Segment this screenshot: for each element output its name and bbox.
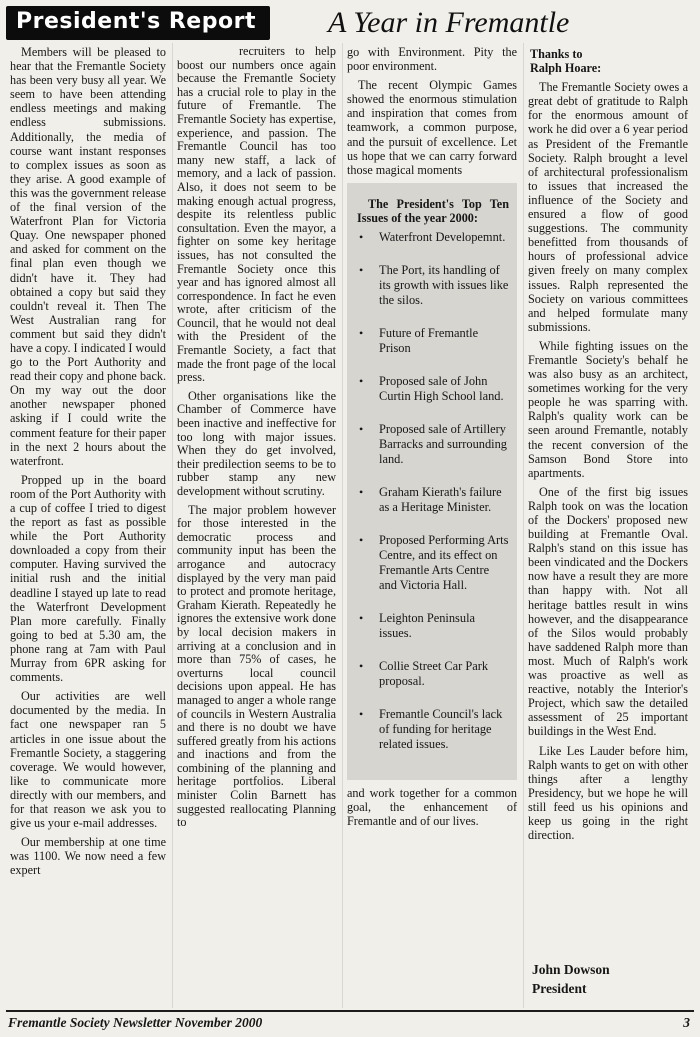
paragraph: Our membership at one time was 1100. We … (10, 835, 166, 877)
top-ten-list: •Waterfront Developemnt. •The Port, its … (357, 230, 509, 752)
top-ten-heading: The President's Top Ten Issues of the ye… (357, 197, 509, 225)
column-1: Members will be pleased to hear that the… (6, 43, 172, 1008)
list-item: •Waterfront Developemnt. (357, 230, 509, 245)
list-item: •Fremantle Council's lack of funding for… (357, 707, 509, 752)
paragraph: Like Les Lauder before him, Ralph wants … (528, 744, 688, 843)
page-footer: Fremantle Society Newsletter November 20… (6, 1010, 694, 1031)
signature-title: President (528, 979, 688, 998)
column-4: Thanks toRalph Hoare: The Fremantle Soci… (523, 43, 694, 1008)
signature-name: John Dowson (528, 960, 688, 979)
list-item: •Proposed Performing Arts Centre, and it… (357, 533, 509, 593)
newsletter-page: President's Report A Year in Fremantle M… (0, 0, 700, 1037)
list-item: •Proposed sale of John Curtin High Schoo… (357, 374, 509, 404)
list-item: •Graham Kierath's failure as a Heritage … (357, 485, 509, 515)
bullet-icon: • (357, 611, 379, 641)
paragraph: Propped up in the board room of the Port… (10, 473, 166, 684)
page-title: A Year in Fremantle (328, 6, 569, 40)
list-item: •The Port, its handling of its growth wi… (357, 263, 509, 308)
article-columns: Members will be pleased to hear that the… (6, 43, 694, 1008)
report-banner: President's Report (6, 6, 270, 40)
bullet-icon: • (357, 374, 379, 404)
paragraph: recruiters to help boost our numbers onc… (177, 45, 336, 385)
paragraph: While fighting issues on the Fremantle S… (528, 339, 688, 480)
bullet-icon: • (357, 533, 379, 593)
paragraph: go with Environment. Pity the poor envir… (347, 45, 517, 73)
page-number: 3 (683, 1015, 690, 1031)
bullet-icon: • (357, 263, 379, 308)
bullet-icon: • (357, 707, 379, 752)
list-item: •Future of Fremantle Prison (357, 326, 509, 356)
signature-block: John Dowson President (528, 960, 688, 1008)
paragraph: The Fremantle Society owes a great debt … (528, 80, 688, 334)
paragraph: The recent Olympic Games showed the enor… (347, 78, 517, 177)
page-header: President's Report A Year in Fremantle (6, 4, 694, 42)
bullet-icon: • (357, 422, 379, 467)
paragraph: Members will be pleased to hear that the… (10, 45, 166, 468)
bullet-icon: • (357, 485, 379, 515)
column-3: go with Environment. Pity the poor envir… (342, 43, 523, 1008)
section-heading: Thanks toRalph Hoare: (530, 47, 688, 75)
list-item: •Leighton Peninsula issues. (357, 611, 509, 641)
list-item: •Collie Street Car Park proposal. (357, 659, 509, 689)
paragraph: Our activities are well documented by th… (10, 689, 166, 830)
column-2: recruiters to help boost our numbers onc… (172, 43, 342, 1008)
paragraph: The major problem however for those inte… (177, 504, 336, 830)
paragraph: Other organisations like the Chamber of … (177, 390, 336, 499)
bullet-icon: • (357, 230, 379, 245)
footer-text: Fremantle Society Newsletter November 20… (8, 1015, 262, 1031)
top-ten-issues-box: The President's Top Ten Issues of the ye… (347, 183, 517, 780)
paragraph: and work together for a common goal, the… (347, 786, 517, 828)
list-item: •Proposed sale of Artillery Barracks and… (357, 422, 509, 467)
bullet-icon: • (357, 659, 379, 689)
paragraph: One of the first big issues Ralph took o… (528, 485, 688, 739)
bullet-icon: • (357, 326, 379, 356)
